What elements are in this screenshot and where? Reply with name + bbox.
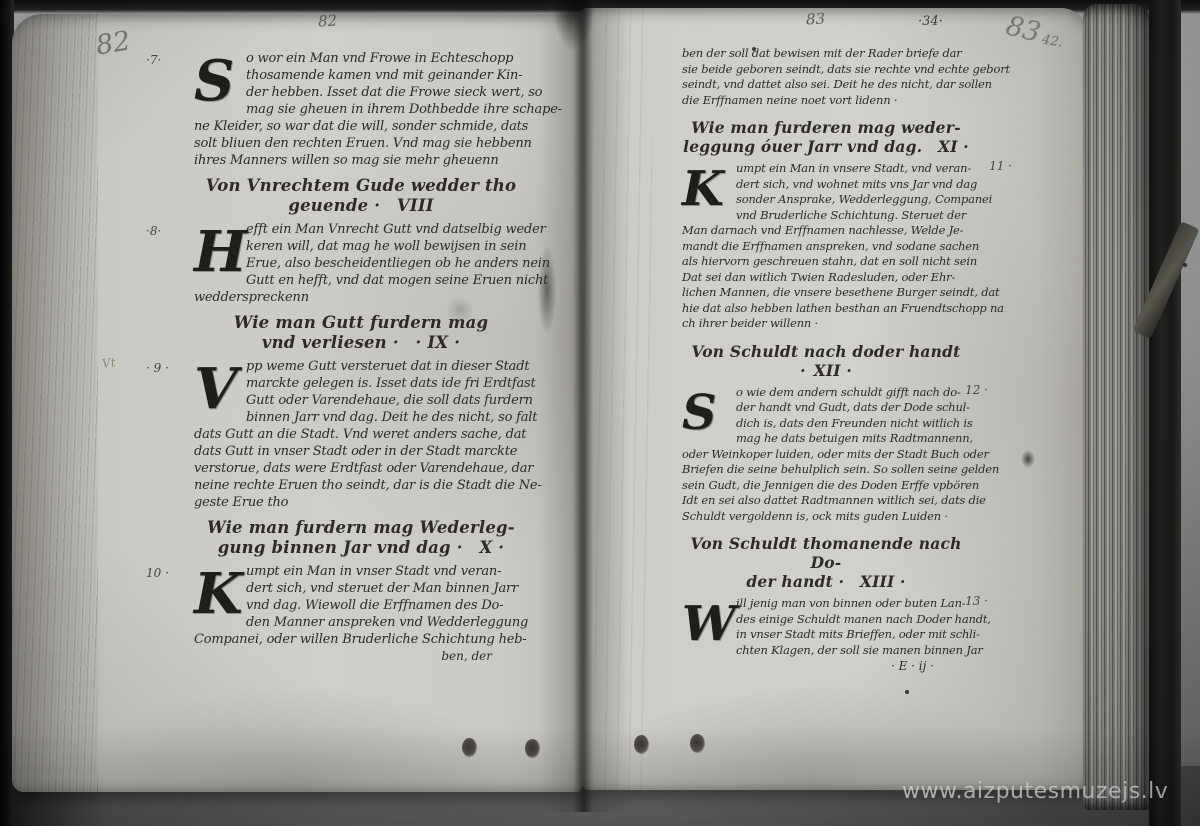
margin-note: Vt — [101, 355, 116, 371]
watermark: www.aizputesmuzejs.lv — [902, 779, 1168, 804]
worn-page-edge — [12, 14, 98, 792]
paragraph: 13 ·Will jenig man von binnen oder buten… — [682, 596, 970, 674]
initial-letter: S — [682, 385, 736, 447]
book-cover-band — [1149, 0, 1181, 826]
margin-number: 13 · — [965, 594, 988, 608]
heading-line: Von Vnrechtem Gude wedder tho — [194, 176, 528, 196]
text-line: wedderspreckenn — [194, 289, 528, 306]
text-line: Companei, oder willen Bruderliche Schich… — [194, 631, 528, 648]
manuscript-photo: ·7·So wor ein Man vnd Frowe in Echtescho… — [0, 0, 1200, 826]
section-heading: Von Schuldt thomanende nach Do-der handt… — [682, 534, 970, 591]
quire-signature: · E · ij · — [682, 658, 970, 674]
paragraph: ·7·So wor ein Man vnd Frowe in Echtescho… — [194, 50, 528, 169]
heading-line: Wie man furderen mag weder- — [682, 118, 970, 137]
initial-letter: V — [194, 358, 246, 426]
text-line: ihres Manners willen so mag sie mehr ghe… — [194, 152, 528, 169]
text-line: neine rechte Eruen tho seindt, dar is di… — [194, 477, 528, 494]
initial-letter: K — [194, 563, 246, 631]
wormhole — [462, 738, 477, 757]
dust-speck — [1183, 263, 1187, 267]
text-line: als hiervorn geschreuen stahn, dat en so… — [682, 254, 970, 270]
text-line: lichen Mannen, die vnsere besethene Burg… — [682, 285, 970, 301]
paragraph: 12 ·So wie dem andern schuldt gifft nach… — [682, 385, 970, 525]
margin-number: 10 · — [146, 566, 169, 580]
text-line: Dat sei dan witlich Twien Radesluden, od… — [682, 270, 970, 286]
paragraph: 11 ·Kumpt ein Man in vnsere Stadt, vnd v… — [682, 161, 970, 332]
pencil-folio-left: 82 — [94, 26, 133, 62]
text-line: Briefen die seine behulplich sein. So so… — [682, 462, 970, 478]
heading-line: Wie man furdern mag Wederleg- — [194, 518, 528, 538]
heading-line: Von Schuldt nach doder handt · XII · — [682, 342, 970, 380]
ink-folio-left: 82 — [317, 11, 337, 30]
heading-line: der handt · XIII · — [682, 572, 970, 591]
initial-letter: S — [194, 50, 246, 118]
heading-line: Von Schuldt thomanende nach Do- — [682, 534, 970, 572]
ink-folio-right: 83 — [806, 10, 826, 29]
text-line: dats Gutt an die Stadt. Vnd weret anders… — [194, 426, 528, 443]
text-line: ne Kleider, so war dat die will, sonder … — [194, 118, 528, 135]
heading-line: geuende · VIII — [194, 196, 528, 216]
text-line: solt bliuen den rechten Eruen. Vnd mag s… — [194, 135, 528, 152]
text-line: oder Weinkoper luiden, oder mits der Sta… — [682, 447, 970, 463]
paragraph: ben der soll dat bewisen mit der Rader b… — [682, 46, 970, 108]
text-line: Schuldt vergoldenn is, ock mits guden Lu… — [682, 509, 970, 525]
text-line: sein Gudt, die Jennigen die des Doden Er… — [682, 478, 970, 494]
section-heading: Wie man Gutt furdern magvnd verliesen · … — [194, 313, 528, 353]
text-line: dats Gutt in vnser Stadt oder in der Sta… — [194, 443, 528, 460]
page-fore-edge — [1083, 4, 1153, 810]
text-line: mandt die Erffnamen anspreken, vnd sodan… — [682, 239, 970, 255]
old-foliation-number: ·34· — [918, 14, 943, 29]
margin-number: 11 · — [989, 159, 1012, 173]
heading-line: leggung óuer Jarr vnd dag. XI · — [682, 137, 970, 156]
text-line: hie dat also hebben lathen besthan an Fr… — [682, 301, 970, 317]
text-line: geste Erue tho — [194, 494, 528, 511]
paragraph: ·8·Hefft ein Man Vnrecht Gutt vnd datsel… — [194, 221, 528, 306]
heading-line: vnd verliesen · · IX · — [194, 333, 528, 353]
margin-number: · 9 · — [146, 361, 169, 375]
text-line: ben der soll dat bewisen mit der Rader b… — [682, 46, 970, 62]
text-line: ch ihrer beider willenn · — [682, 316, 970, 332]
text-line: die Erffnamen neine noet vort lidenn · — [682, 93, 970, 109]
section-heading: Wie man furderen mag weder-leggung óuer … — [682, 118, 970, 156]
heading-line: gung binnen Jar vnd dag · X · — [194, 538, 528, 558]
section-heading: Wie man furdern mag Wederleg-gung binnen… — [194, 518, 528, 558]
wormhole — [525, 739, 540, 758]
wormhole — [690, 734, 705, 753]
section-heading: Von Schuldt nach doder handt · XII · — [682, 342, 970, 380]
dust-speck — [905, 690, 909, 694]
margin-number: 12 · — [965, 383, 988, 397]
initial-letter: H — [194, 221, 246, 289]
page-creases — [582, 8, 652, 790]
paragraph: · 9 ·VtVpp weme Gutt versteruet dat in d… — [194, 358, 528, 511]
catchword: ben, der — [194, 648, 528, 664]
text-line: Idt en sei also dattet Radtmannen witlic… — [682, 493, 970, 509]
initial-letter: W — [682, 596, 736, 658]
margin-number: ·7· — [146, 53, 161, 67]
heading-line: Wie man Gutt furdern mag — [194, 313, 528, 333]
wormhole — [634, 735, 649, 754]
initial-letter: K — [682, 161, 736, 223]
section-heading: Von Vnrechtem Gude wedder thogeuende · V… — [194, 176, 528, 216]
margin-number: ·8· — [146, 224, 161, 238]
text-line: Man darnach vnd Erffnamen nachlesse, Wel… — [682, 223, 970, 239]
text-line: verstorue, dats were Erdtfast oder Varen… — [194, 460, 528, 477]
text-line: seindt, vnd dattet also sei. Deit he des… — [682, 77, 970, 93]
left-page-text-column: ·7·So wor ein Man vnd Frowe in Echtescho… — [194, 50, 528, 666]
text-line: sie beide geboren seindt, dats sie recht… — [682, 62, 970, 78]
paragraph: 10 ·Kumpt ein Man in vnser Stadt vnd ver… — [194, 563, 528, 664]
right-page-text-column: ben der soll dat bewisen mit der Rader b… — [682, 46, 970, 676]
